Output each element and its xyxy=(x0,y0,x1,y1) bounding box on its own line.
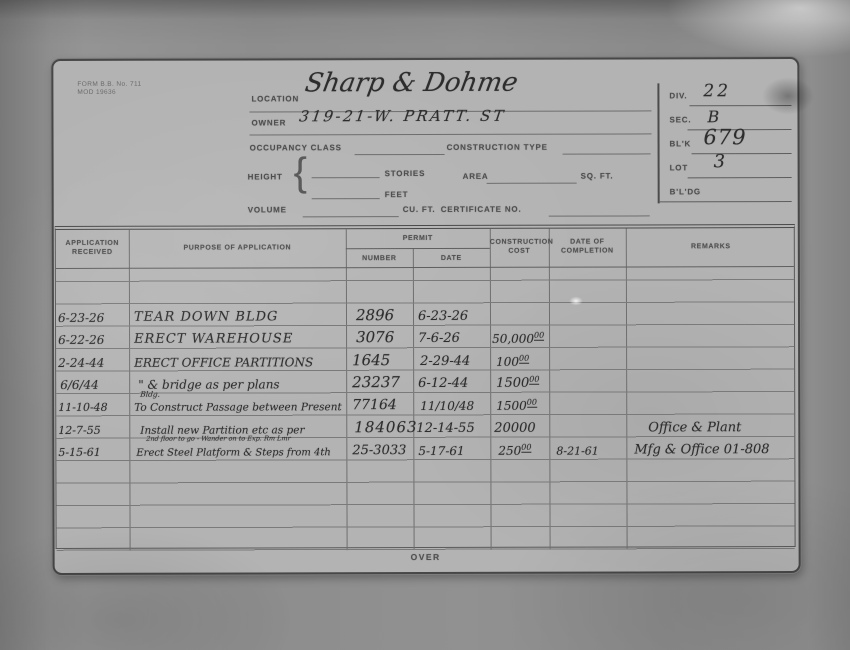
cost-cents: 00 xyxy=(521,443,531,453)
permit-number-cell: 3076 xyxy=(356,328,394,346)
height-label: HEIGHT xyxy=(248,172,283,181)
construction-cost-cell: 150000 xyxy=(496,376,539,391)
form-number-line2: MOD 19636 xyxy=(77,89,141,97)
permit-date-cell: 5-17-61 xyxy=(418,444,464,458)
purpose-cell: ERECT WAREHOUSE xyxy=(134,332,293,347)
construction-cost-cell: 10000 xyxy=(496,354,529,368)
sec-label: SEC. xyxy=(669,115,691,124)
application-received-cell: 6/6/44 xyxy=(60,378,99,392)
scanned-permit-card-photo: FORM B.B. No. 711 MOD 19636 LOCATION Sha… xyxy=(0,0,850,650)
application-received-cell: 2-24-44 xyxy=(58,356,104,370)
location-value: Sharp & Dohme xyxy=(303,68,520,99)
lot-value: 3 xyxy=(714,151,726,172)
bldg-label: B'L'DG xyxy=(670,187,701,196)
application-received-cell: 12-7-55 xyxy=(58,424,100,437)
over-label: OVER xyxy=(56,551,796,563)
construction-cost-cell: 50,00000 xyxy=(492,332,544,346)
header-completion-line2: COMPLETION xyxy=(549,246,626,255)
cost-cents: 00 xyxy=(534,331,544,341)
header-application-line2: RECEIVED xyxy=(56,248,129,257)
permit-date-cell: 6-23-26 xyxy=(418,309,468,324)
owner-value: 319-21-W. PRATT. ST xyxy=(298,107,507,126)
header-application-line1: APPLICATION xyxy=(56,239,129,248)
header-date-of-completion: DATE OF COMPLETION xyxy=(549,237,626,255)
remarks-cell: Mfg & Office 01-808 xyxy=(634,442,769,457)
header-cost-line2: COST xyxy=(490,247,549,256)
header-cost-line1: CONSTRUCTION xyxy=(490,238,549,247)
area-underline xyxy=(487,183,577,184)
permit-number-cell: 77164 xyxy=(352,398,397,414)
owner-label: OWNER xyxy=(251,118,286,127)
construction-type-label: CONSTRUCTION TYPE xyxy=(447,143,548,152)
height-brace: { xyxy=(294,150,307,195)
permit-subheader-divider xyxy=(346,248,490,249)
header-number: NUMBER xyxy=(346,254,413,263)
div-value: 22 xyxy=(703,81,731,101)
header-purpose: PURPOSE OF APPLICATION xyxy=(129,243,346,253)
completion-date-cell: 8-21-61 xyxy=(556,445,598,458)
header-completion-line1: DATE OF xyxy=(549,237,626,246)
header-construction-cost: CONSTRUCTION COST xyxy=(490,238,549,256)
permit-record-card: FORM B.B. No. 711 MOD 19636 LOCATION Sha… xyxy=(51,57,800,575)
certificate-no-label: CERTIFICATE NO. xyxy=(441,205,522,214)
table-row: 12-7-55 Install new Partition etc as per… xyxy=(56,415,794,439)
cost-cents: 00 xyxy=(529,374,539,384)
construction-cost-cell: 20000 xyxy=(494,421,535,436)
cost-cents: 00 xyxy=(519,353,529,363)
remarks-cell: Office & Plant xyxy=(648,420,741,435)
permit-number-cell: 184063 xyxy=(354,418,417,436)
form-number: FORM B.B. No. 711 MOD 19636 xyxy=(77,81,141,97)
table-header: APPLICATION RECEIVED PURPOSE OF APPLICAT… xyxy=(56,228,794,269)
construction-cost-cell: 25000 xyxy=(498,444,531,458)
permit-number-cell: 23237 xyxy=(352,373,400,391)
cost-amount: 1500 xyxy=(496,399,527,413)
location-label: LOCATION xyxy=(251,94,299,103)
volume-underline xyxy=(303,216,399,217)
table-row: 6-22-26 ERECT WAREHOUSE 3076 7-6-26 50,0… xyxy=(56,325,794,349)
lot-label: LOT xyxy=(670,163,688,172)
permit-date-cell: 7-6-26 xyxy=(418,331,460,346)
div-underline xyxy=(689,105,791,106)
blk-underline xyxy=(692,153,792,154)
permit-history-table: APPLICATION RECEIVED PURPOSE OF APPLICAT… xyxy=(55,224,796,549)
cuft-label: CU. FT. xyxy=(403,205,436,214)
permit-date-cell: 2-29-44 xyxy=(420,354,470,369)
construction-cost-cell: 150000 xyxy=(496,399,537,413)
table-row: 11-10-48 To Construct Passage between Pr… xyxy=(56,392,794,416)
table-row: 2-24-44 ERECT OFFICE PARTITIONS 1645 2-2… xyxy=(56,347,794,371)
header-date: DATE xyxy=(413,254,490,263)
form-number-line1: FORM B.B. No. 711 xyxy=(77,81,141,89)
div-label: DIV. xyxy=(669,91,687,100)
area-label: AREA xyxy=(463,172,489,181)
blk-value: 679 xyxy=(704,125,747,149)
sec-value: B xyxy=(707,107,719,126)
permit-date-cell: 12-14-55 xyxy=(416,421,474,436)
certificate-underline xyxy=(549,215,650,216)
application-received-cell: 6-23-26 xyxy=(58,311,104,325)
header-remarks: REMARKS xyxy=(626,242,796,251)
bldg-underline xyxy=(660,201,792,202)
cost-amount: 50,000 xyxy=(492,332,534,346)
permit-number-cell: 1645 xyxy=(352,351,390,369)
header-application-received: APPLICATION RECEIVED xyxy=(56,239,129,257)
cost-amount: 20000 xyxy=(494,421,535,436)
header-permit: PERMIT xyxy=(346,234,490,243)
permit-number-cell: 2896 xyxy=(356,306,394,324)
occupancy-underline xyxy=(355,154,445,155)
cost-cents: 00 xyxy=(527,398,537,408)
volume-label: VOLUME xyxy=(248,205,287,214)
table-row: 5-15-61 Erect Steel Platform & Steps fro… xyxy=(56,437,794,461)
parcel-info-box: DIV. 22 SEC. B BL'K 679 LOT 3 B'L'DG xyxy=(657,83,795,203)
table-row: 6/6/44 " & bridge as per plans Bldg. 232… xyxy=(56,370,794,394)
purpose-cell: Erect Steel Platform & Steps from 4th xyxy=(136,448,331,460)
application-received-cell: 6-22-26 xyxy=(58,333,104,347)
application-received-cell: 11-10-48 xyxy=(58,401,107,414)
permit-number-cell: 25-3033 xyxy=(352,443,406,458)
stories-underline xyxy=(312,177,380,178)
table-row: 6-23-26 TEAR DOWN BLDG 2896 6-23-26 xyxy=(56,303,794,327)
feet-underline xyxy=(312,198,380,199)
permit-date-cell: 6-12-44 xyxy=(418,376,468,391)
cost-amount: 1500 xyxy=(496,376,529,391)
blk-label: BL'K xyxy=(670,139,692,148)
feet-label: FEET xyxy=(385,190,409,199)
lot-underline xyxy=(688,177,792,178)
permit-date-cell: 11/10/48 xyxy=(420,399,474,413)
purpose-cell: TEAR DOWN BLDG xyxy=(134,309,278,324)
cost-amount: 250 xyxy=(498,444,521,458)
cost-amount: 100 xyxy=(496,354,519,368)
owner-underline xyxy=(250,133,652,135)
stories-label: STORIES xyxy=(385,169,426,178)
purpose-cell: ERECT OFFICE PARTITIONS xyxy=(134,355,313,369)
sqft-label: SQ. FT. xyxy=(581,172,614,181)
purpose-cell: To Construct Passage between Present xyxy=(134,402,342,415)
construction-type-underline xyxy=(563,153,651,154)
application-received-cell: 5-15-61 xyxy=(58,446,100,459)
